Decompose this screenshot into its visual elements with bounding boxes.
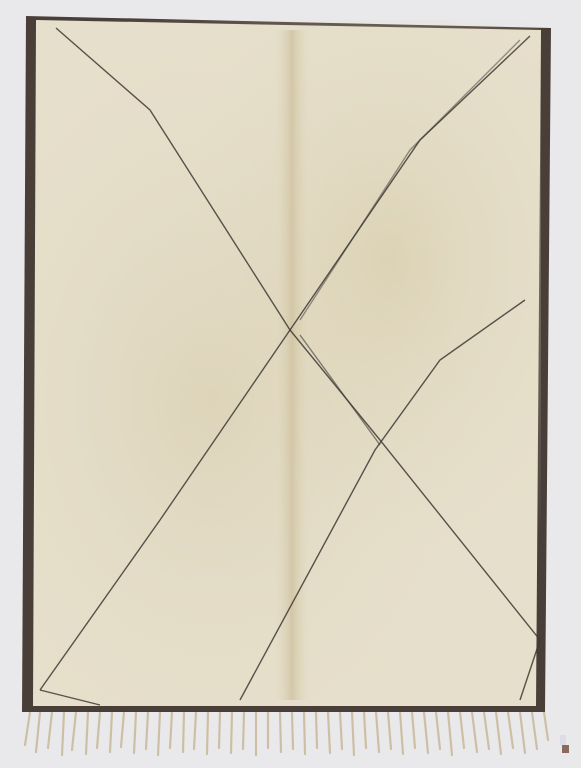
- rug-photo: [0, 0, 581, 768]
- tag-holder: [560, 735, 566, 745]
- center-spine: [272, 30, 312, 700]
- rug-illustration: [0, 0, 581, 768]
- price-tag: [562, 745, 569, 753]
